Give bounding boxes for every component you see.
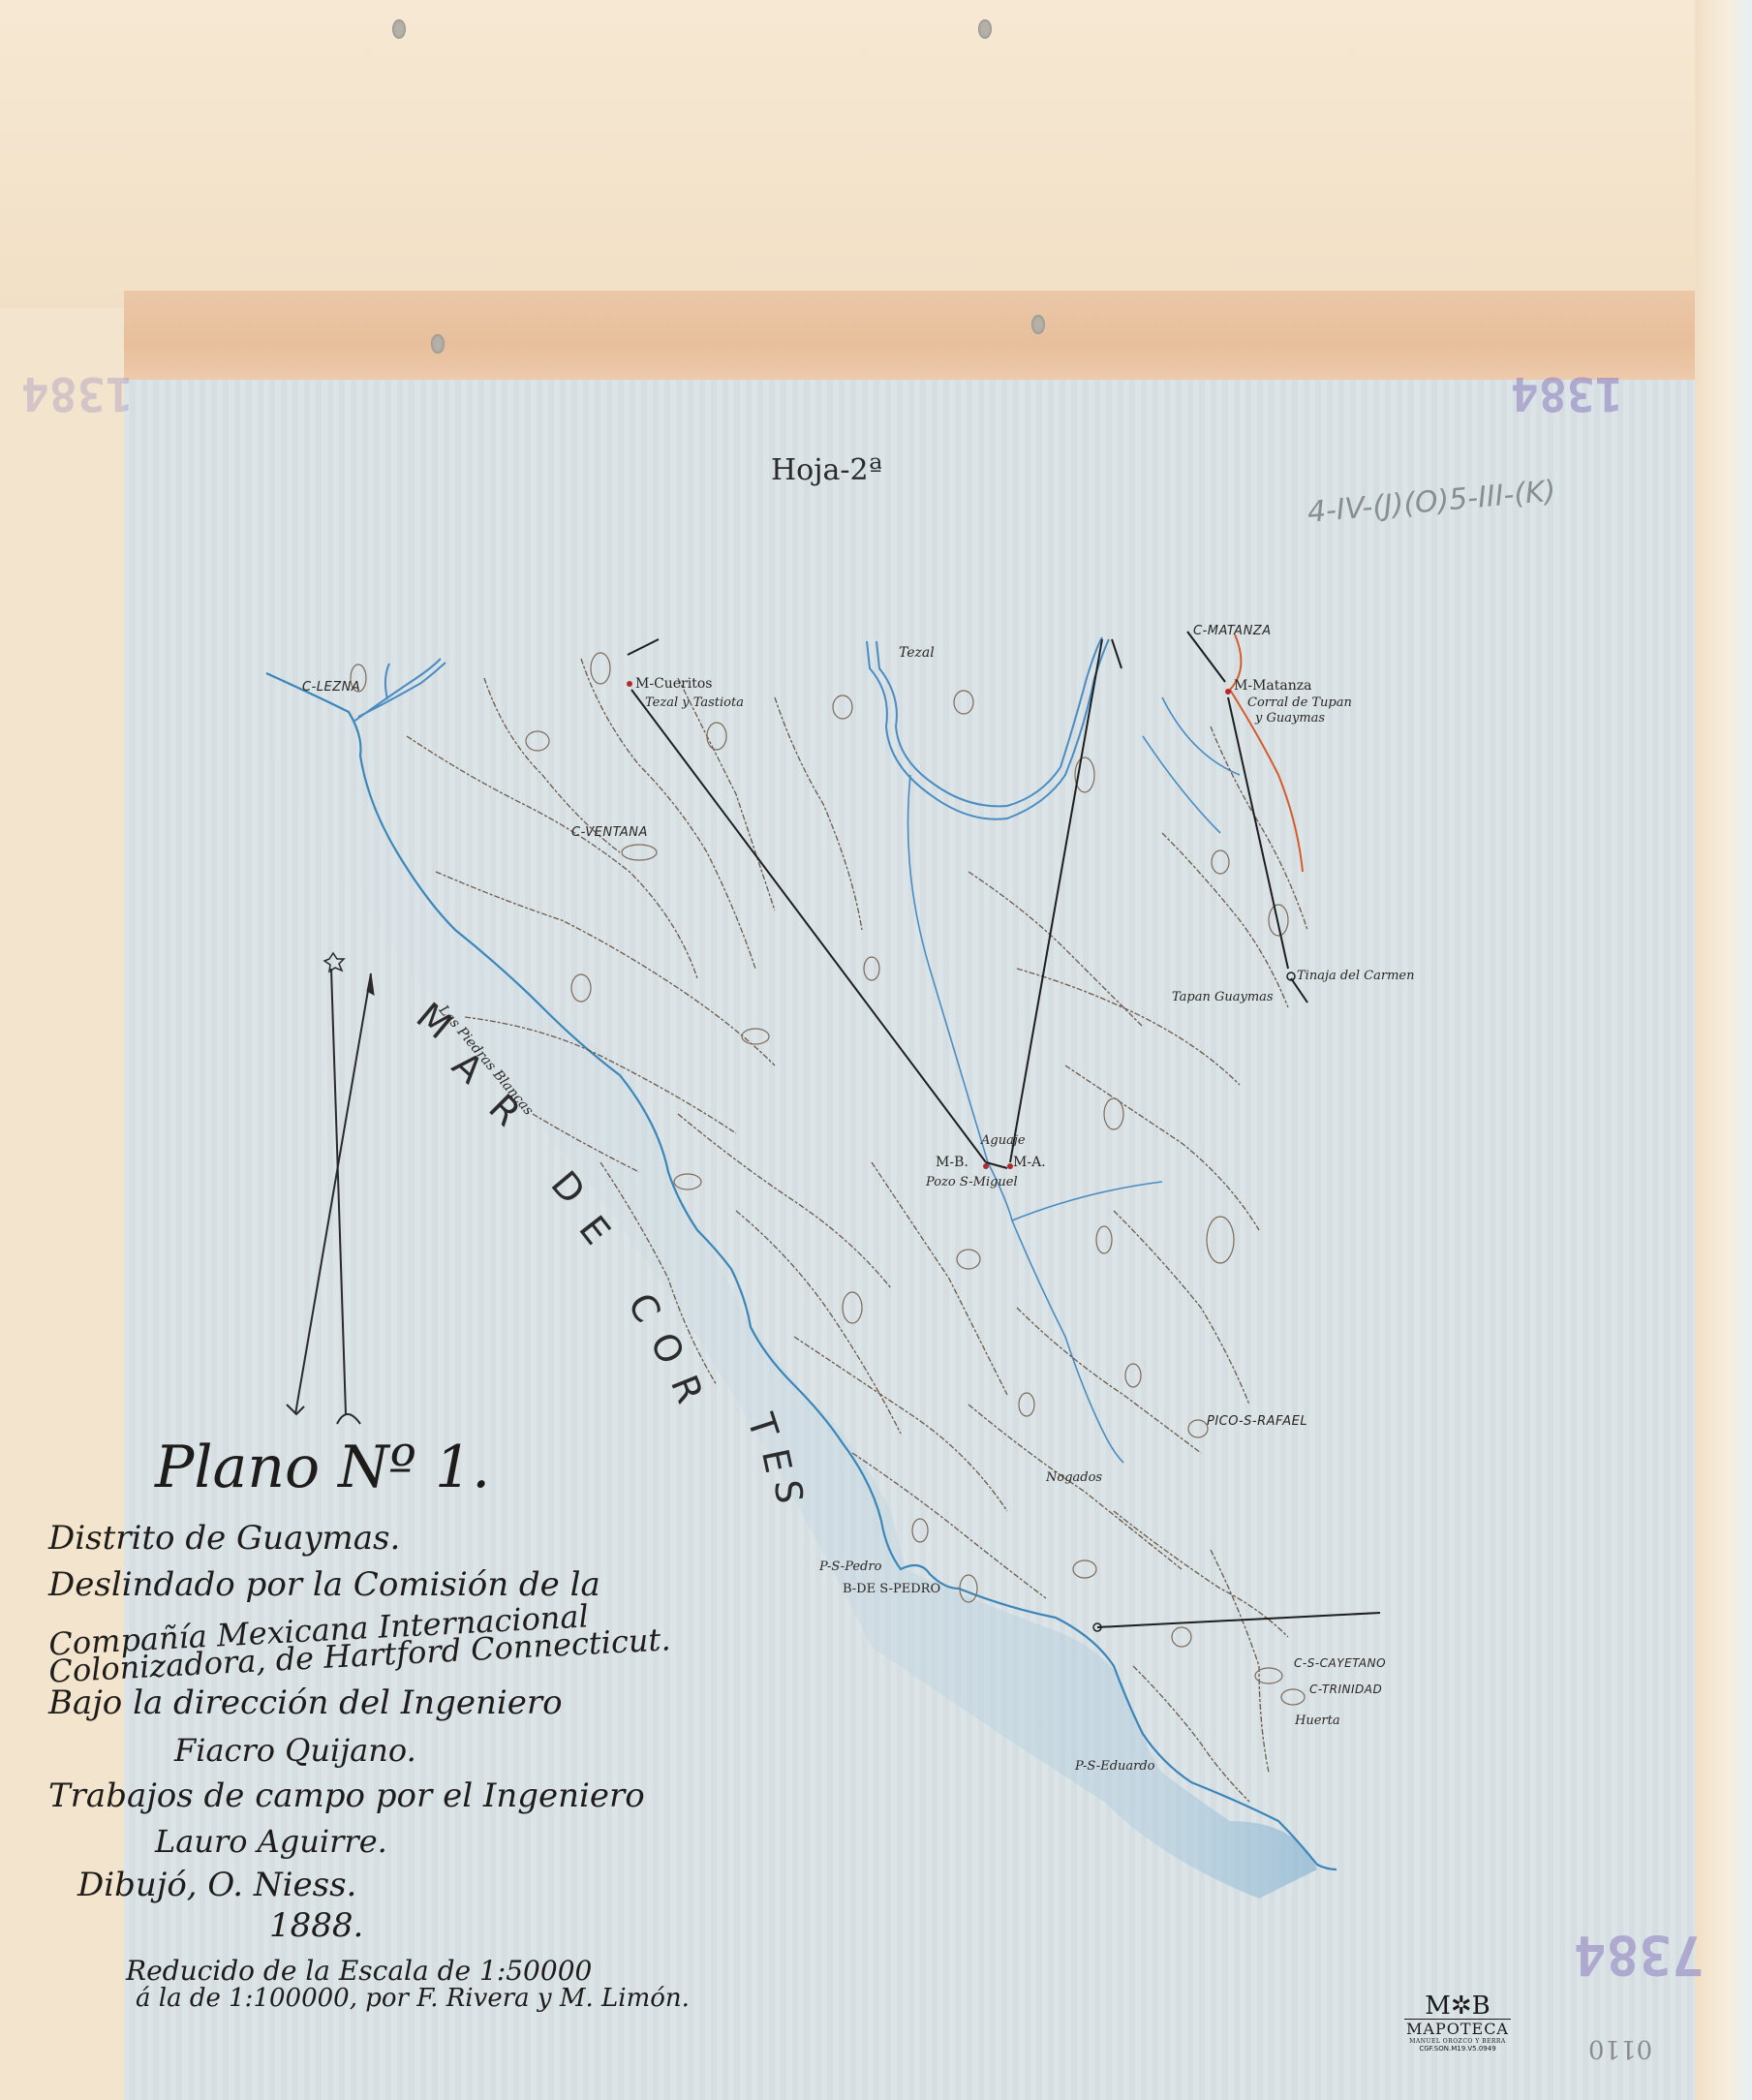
place-corral-1: Corral de Tupan	[1247, 695, 1352, 710]
stamp-top-left: 1384	[21, 366, 134, 420]
cartouche-year: 1888.	[269, 1906, 363, 1945]
cartouche-line: á la de 1:100000, por F. Rivera y M. Lim…	[136, 1984, 690, 2013]
cartouche-line: Distrito de Guaymas.	[48, 1519, 400, 1558]
cartouche-line: Lauro Aguirre.	[155, 1823, 387, 1860]
cartouche-line: Bajo la dirección del Ingeniero	[48, 1683, 563, 1722]
place-b-s-pedro: B-DE S-PEDRO	[843, 1582, 940, 1596]
place-c-ventana: C-VENTANA	[571, 825, 648, 840]
mob-mark-icon: M✲B	[1404, 1993, 1511, 2019]
place-corral-2: y Guaymas	[1255, 711, 1325, 726]
place-nogados: Nogados	[1046, 1470, 1102, 1485]
place-m-matanza: M-Matanza	[1234, 678, 1311, 694]
place-tapan: Tapan Guaymas	[1172, 990, 1274, 1004]
stamp-top: 1384	[1511, 366, 1623, 420]
cartouche-line: Fiacro Quijano.	[174, 1732, 416, 1769]
river-lezna	[353, 659, 446, 722]
place-pozo-s-miguel: Pozo S-Miguel	[926, 1175, 1018, 1189]
cartouche-line: Trabajos de campo por el Ingeniero	[48, 1776, 645, 1815]
place-tezal: Tezal	[899, 645, 935, 661]
north-arrow-icon	[287, 953, 374, 1424]
place-aguaje: Aguaje	[981, 1133, 1026, 1148]
place-c-matanza: C-MATANZA	[1193, 624, 1272, 638]
place-m-b: M-B.	[936, 1155, 968, 1170]
place-tinaja: Tinaja del Carmen	[1297, 969, 1414, 983]
place-p-s-eduardo: P-S-Eduardo	[1075, 1759, 1155, 1774]
logo-code: CGF.SON.M19.V5.0949	[1404, 2045, 1511, 2053]
place-c-trinidad: C-TRINIDAD	[1309, 1683, 1382, 1696]
place-m-a: M-A.	[1013, 1155, 1046, 1170]
place-pico-s-rafael: PICO-S-RAFAEL	[1207, 1414, 1307, 1429]
logo-name: MAPOTECA	[1404, 2019, 1511, 2038]
map-sheet: Hoja-2ª 4-IV-(J)(O)5-III-(K) 1384 1384 7…	[0, 0, 1752, 2100]
place-tezal-tastiota: Tezal y Tastiota	[645, 695, 744, 710]
place-huerta: Huerta	[1295, 1714, 1340, 1728]
place-p-s-pedro: P-S-Pedro	[819, 1560, 881, 1574]
cartouche-title: Plano Nº 1.	[155, 1434, 490, 1501]
mapoteca-logo: M✲B MAPOTECA MANUEL OROZCO Y BERRA CGF.S…	[1404, 1993, 1511, 2053]
logo-subtitle: MANUEL OROZCO Y BERRA	[1404, 2038, 1511, 2045]
survey-points	[627, 681, 1231, 1169]
cartouche-line: Dibujó, O. Niess.	[77, 1866, 356, 1904]
boundary-lines	[628, 632, 1380, 1627]
sea-letter: S	[766, 1478, 811, 1506]
place-c-s-cayetano: C-S-CAYETANO	[1294, 1656, 1386, 1670]
sheet-title: Hoja-2ª	[771, 453, 882, 487]
river-tezal	[867, 637, 1109, 819]
cartouche-line: Deslindado por la Comisión de la	[48, 1565, 600, 1604]
river-main	[908, 697, 1241, 1463]
place-m-cueritos: M-Cueritos	[635, 676, 713, 692]
cartouche-line: Reducido de la Escala de 1:50000	[126, 1955, 592, 1987]
pencil-bottom: 0110	[1588, 2034, 1652, 2063]
stamp-bottom: 7384	[1574, 1923, 1705, 1986]
place-c-lezna: C-LEZNA	[302, 680, 360, 695]
